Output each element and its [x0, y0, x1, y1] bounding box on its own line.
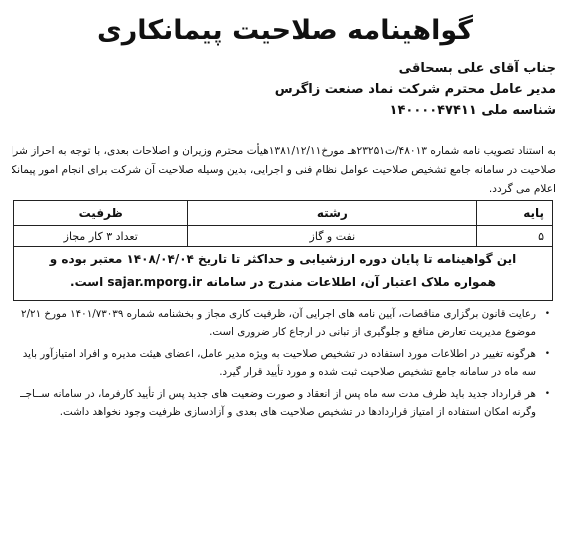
- note-line: موضوع مدیریت تعارض منافع و جلوگیری از تب…: [20, 323, 536, 341]
- intro-paragraph: به استناد تصویب نامه شماره ۴۸۰۱۳/ت۲۳۲۵۱ه…: [12, 142, 556, 199]
- validity-prefix: همواره ملاک اعتبار آن، اطلاعات مندرج در …: [206, 275, 496, 289]
- list-item: • هر قرارداد جدید باید ظرف مدت سه ماه پس…: [20, 385, 550, 421]
- addressee-position: مدیر عامل محترم شرکت نماد صنعت زاگرس: [236, 79, 556, 100]
- validity-line-2: همواره ملاک اعتبار آن، اطلاعات مندرج در …: [14, 271, 552, 294]
- intro-line: به استناد تصویب نامه شماره ۴۸۰۱۳/ت۲۳۲۵۱ه…: [12, 142, 556, 161]
- bullet-icon: •: [545, 345, 550, 363]
- validity-line-1: این گواهینامه تا پایان دوره ارزشیابی و ح…: [14, 248, 552, 271]
- note-line: هر قرارداد جدید باید ظرف مدت سه ماه پس ا…: [20, 385, 536, 403]
- intro-line: اعلام می گردد.: [12, 180, 556, 199]
- cell-field: نفت و گاز: [188, 226, 477, 247]
- document-title: گواهینامه صلاحیت پیمانکاری: [0, 14, 570, 48]
- list-item: • هرگونه تغییر در اطلاعات مورد استفاده د…: [20, 345, 550, 381]
- bullet-icon: •: [545, 385, 550, 403]
- validity-suffix: است.: [70, 275, 103, 289]
- note-line: رعایت قانون برگزاری مناقصات، آیین نامه ه…: [20, 305, 536, 323]
- addressee-block: جناب آقای علی بسحاقی مدیر عامل محترم شرک…: [236, 58, 556, 121]
- sajar-site-link[interactable]: sajar.mporg.ir: [107, 275, 202, 289]
- qualification-table: پایه رشته ظرفیت ۵ نفت و گاز تعداد ۳ کار …: [13, 200, 553, 247]
- validity-statement: این گواهینامه تا پایان دوره ارزشیابی و ح…: [13, 245, 553, 301]
- list-item: • رعایت قانون برگزاری مناقصات، آیین نامه…: [20, 305, 550, 341]
- bullet-icon: •: [545, 305, 550, 323]
- note-line: سه ماه در سامانه جامع تشخیص صلاحیت ثبت ش…: [20, 363, 536, 381]
- addressee-national-id: شناسه ملی ۱۴۰۰۰۰۴۷۴۱۱: [236, 100, 556, 121]
- header-field: رشته: [188, 201, 477, 226]
- note-line: وگرنه امکان استفاده از امتیاز قراردادها …: [20, 403, 536, 421]
- cell-capacity: تعداد ۳ کار مجاز: [14, 226, 188, 247]
- notes-list: • رعایت قانون برگزاری مناقصات، آیین نامه…: [20, 305, 550, 425]
- table-header-row: پایه رشته ظرفیت: [14, 201, 553, 226]
- intro-line: صلاحیت در سامانه جامع تشخیص صلاحیت عوامل…: [12, 161, 556, 180]
- header-capacity: ظرفیت: [14, 201, 188, 226]
- addressee-salutation: جناب آقای علی بسحاقی: [236, 58, 556, 79]
- table-row: ۵ نفت و گاز تعداد ۳ کار مجاز: [14, 226, 553, 247]
- header-base: پایه: [477, 201, 553, 226]
- cell-base: ۵: [477, 226, 553, 247]
- note-line: هرگونه تغییر در اطلاعات مورد استفاده در …: [20, 345, 536, 363]
